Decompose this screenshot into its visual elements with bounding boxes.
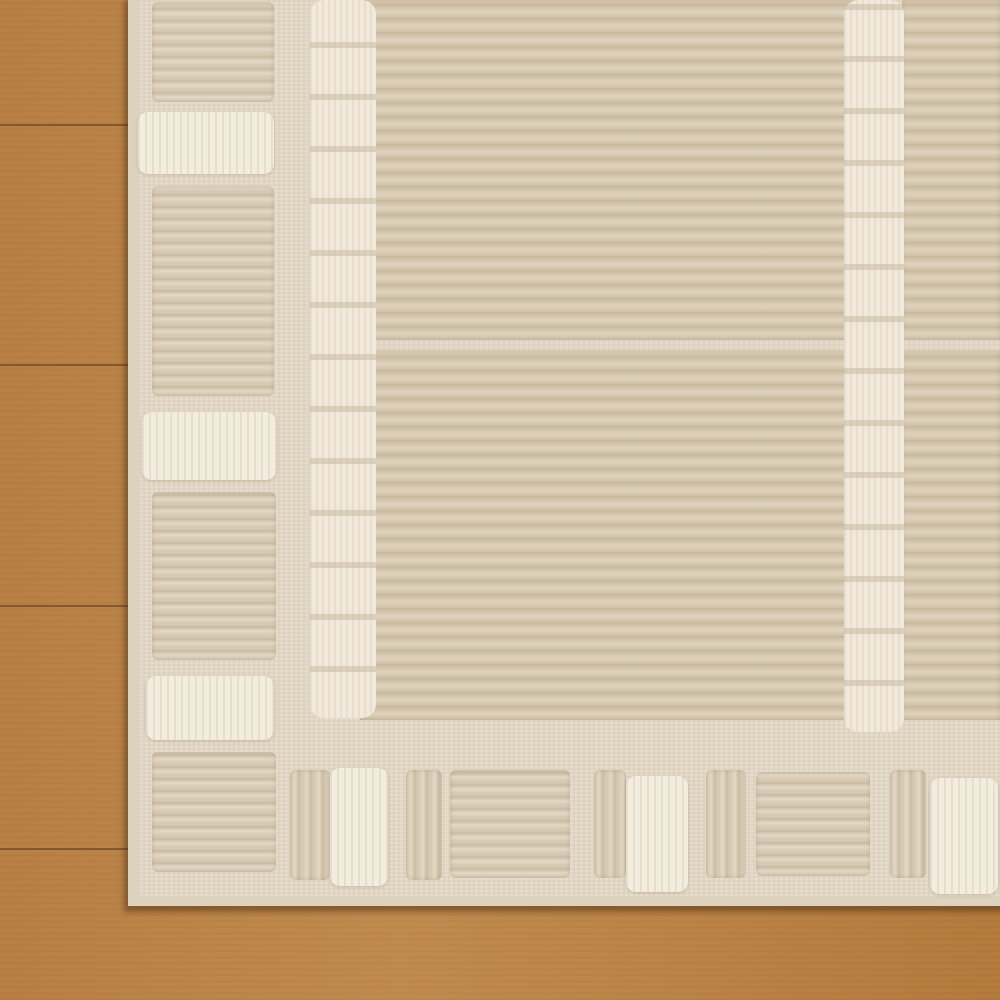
shag-stripe	[844, 0, 904, 732]
shag-stripe	[310, 0, 376, 718]
border-shag-tuft	[330, 768, 388, 886]
border-ribbed-block	[152, 186, 274, 396]
rug-binding-left	[128, 0, 138, 906]
border-shag-tuft	[146, 676, 274, 740]
border-shag-tuft	[930, 778, 998, 894]
border-ribbed-block	[756, 772, 870, 876]
rug	[128, 0, 1000, 906]
border-ribbed-block	[152, 752, 276, 872]
border-ribbed-block	[890, 770, 926, 878]
border-ribbed-block	[706, 770, 746, 878]
rug-field-panel	[902, 0, 1000, 340]
rug-field-panel	[360, 350, 860, 720]
border-shag-tuft	[626, 776, 688, 892]
border-shag-tuft	[138, 112, 274, 174]
border-ribbed-block	[406, 770, 442, 880]
border-ribbed-block	[450, 770, 570, 878]
rug-field-panel	[360, 0, 860, 340]
border-ribbed-block	[152, 492, 276, 660]
border-ribbed-block	[290, 770, 330, 880]
rug-field-panel	[902, 350, 1000, 720]
border-ribbed-block	[152, 2, 274, 102]
border-ribbed-block	[594, 770, 626, 878]
rug-binding-bottom	[128, 896, 1000, 906]
border-shag-tuft	[142, 412, 276, 480]
